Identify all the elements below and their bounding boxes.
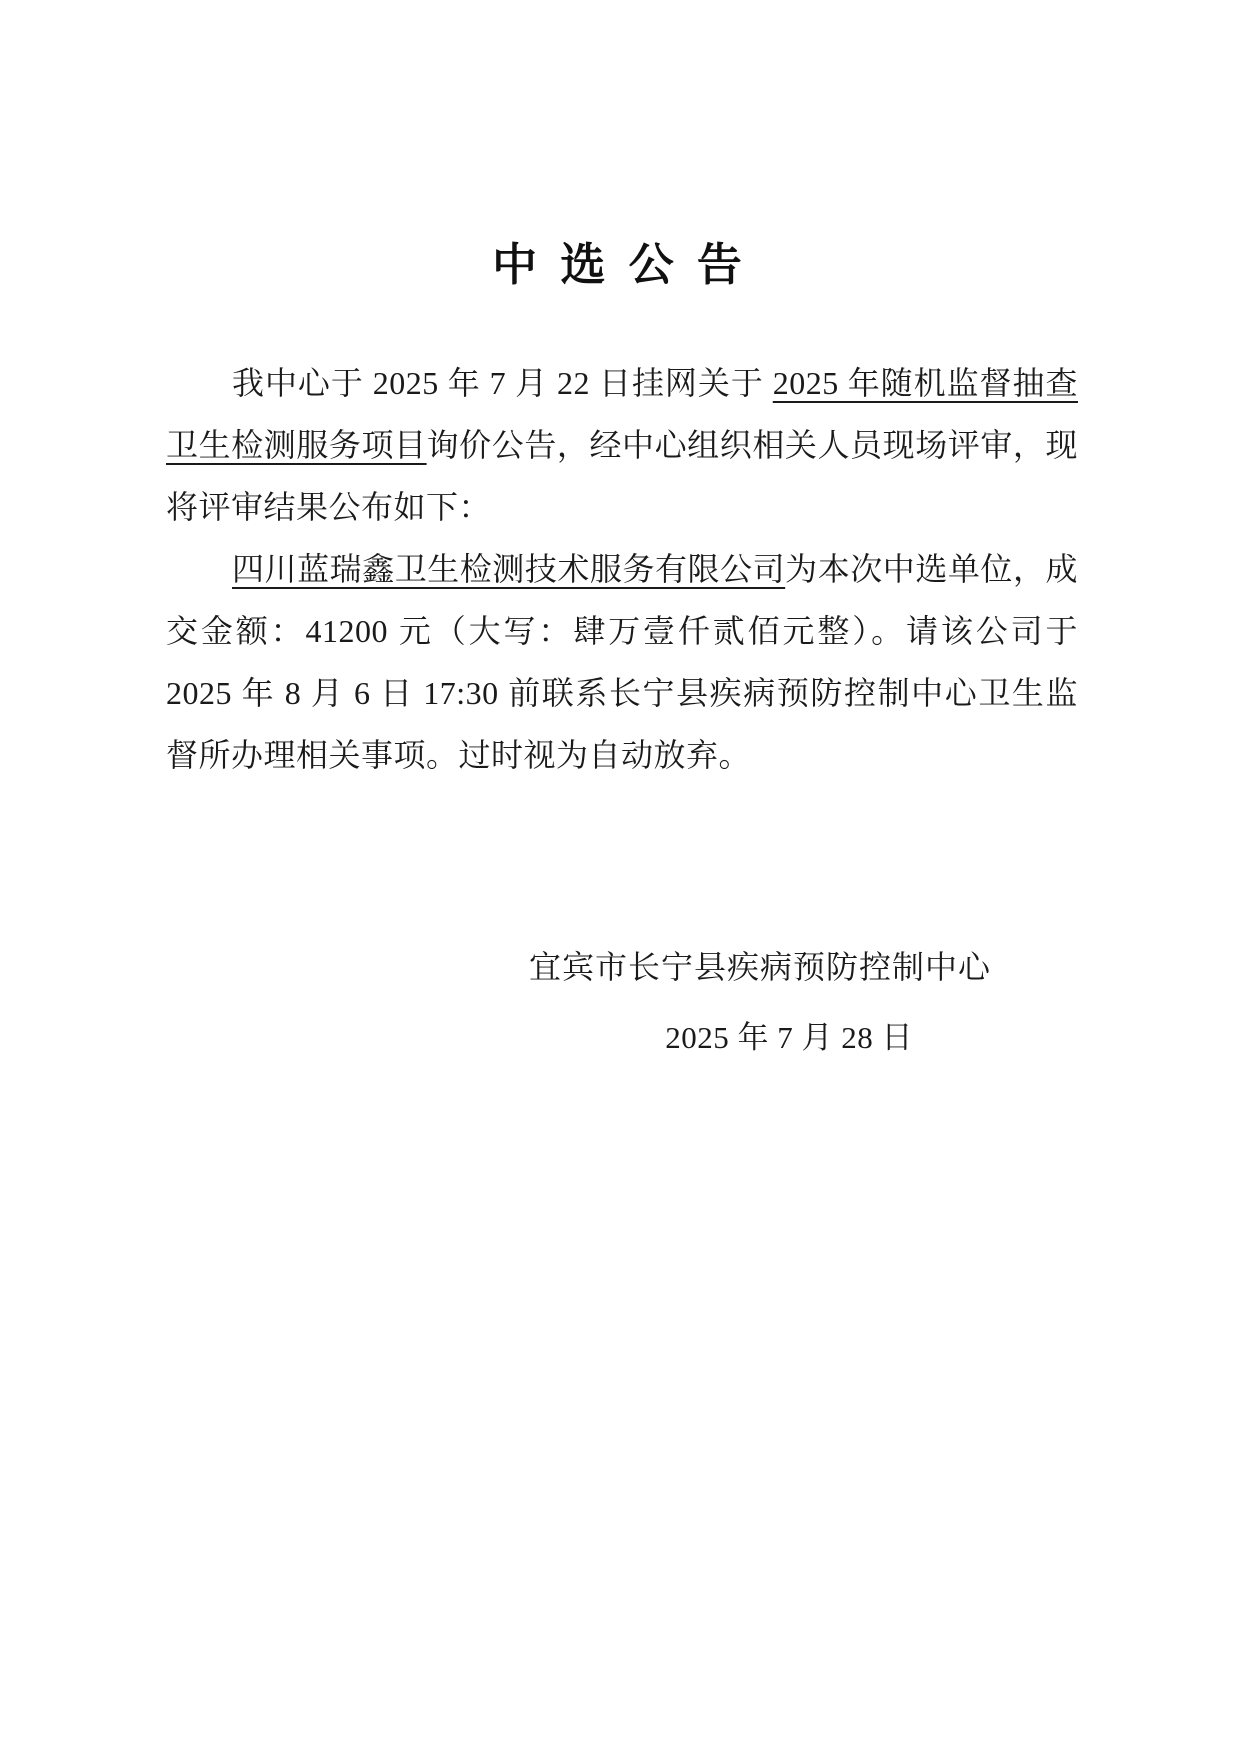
document-title: 中 选 公 告 [0, 228, 1240, 293]
paragraph-announcement: 我中心于 2025 年 7 月 22 日挂网关于 2025 年随机监督抽查卫生检… [166, 352, 1078, 538]
paragraph2-underlined-company-name: 四川蓝瑞鑫卫生检测技术服务有限公司 [232, 551, 785, 587]
document-body: 我中心于 2025 年 7 月 22 日挂网关于 2025 年随机监督抽查卫生检… [166, 352, 1078, 786]
signature-organization: 宜宾市长宁县疾病预防控制中心 [529, 942, 991, 988]
paragraph-result: 四川蓝瑞鑫卫生检测技术服务有限公司为本次中选单位，成交金额：41200 元（大写… [166, 538, 1078, 786]
paragraph1-text-start: 我中心于 2025 年 7 月 22 日挂网关于 [232, 365, 773, 401]
announcement-page: 中 选 公 告 我中心于 2025 年 7 月 22 日挂网关于 2025 年随… [0, 0, 1240, 1754]
signature-date: 2025 年 7 月 28 日 [665, 1012, 913, 1057]
